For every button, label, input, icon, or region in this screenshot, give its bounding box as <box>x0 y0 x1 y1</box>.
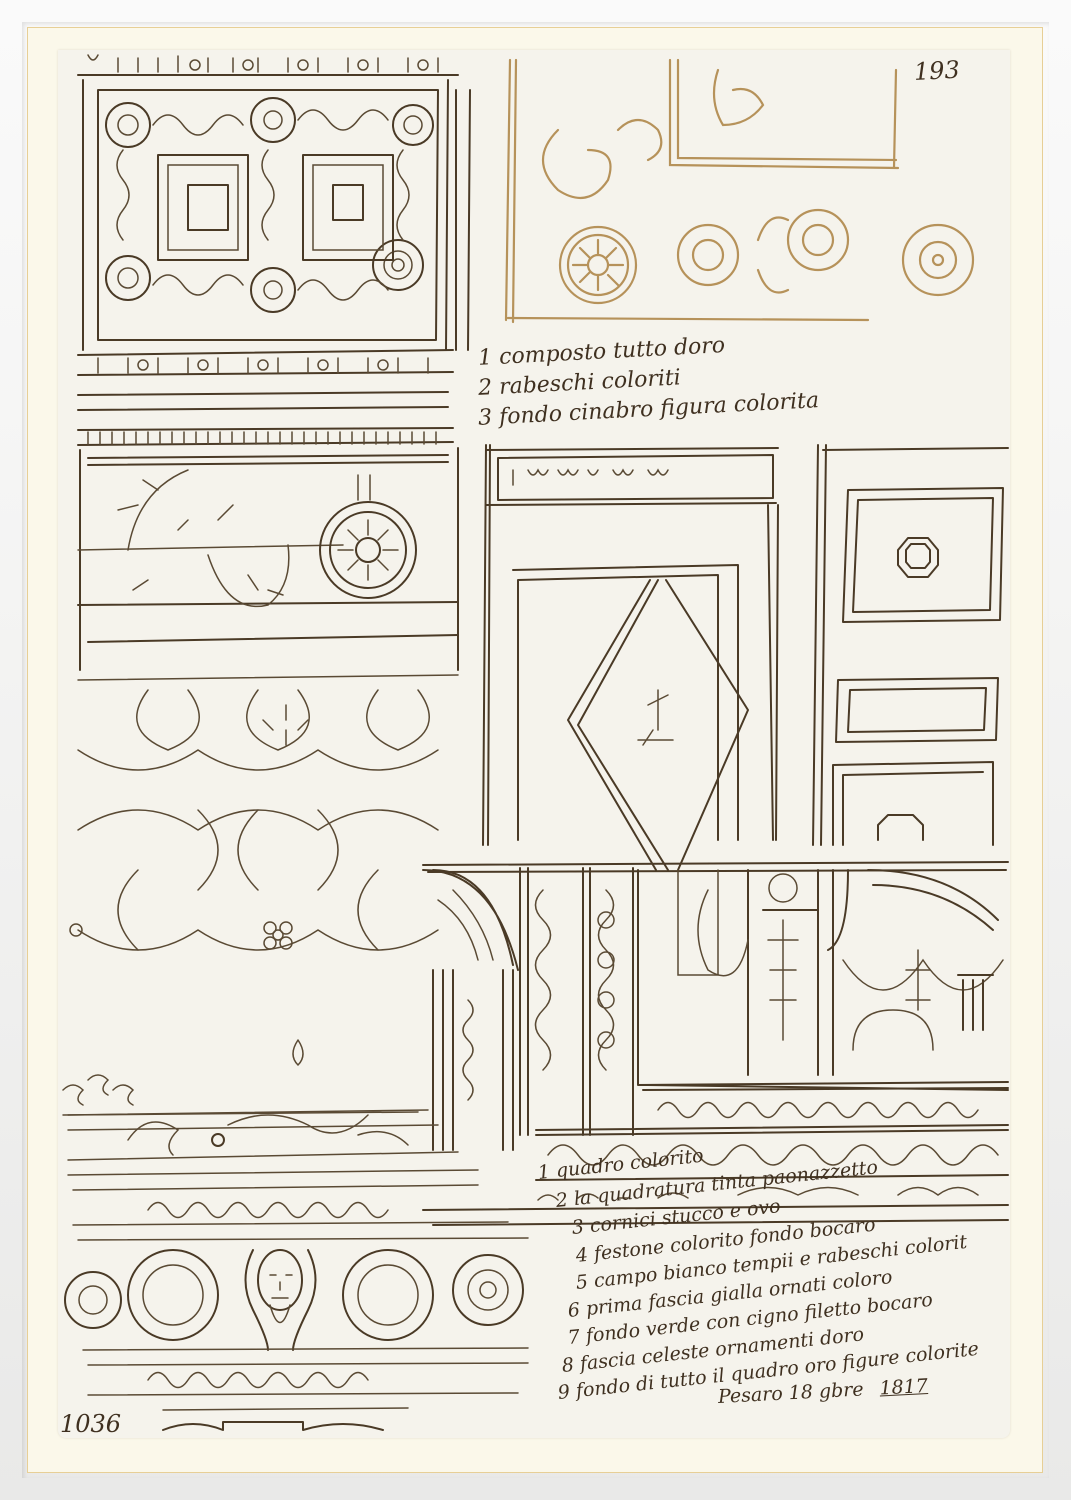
gilded-ornament-drawing <box>506 60 973 322</box>
legend-bottom: 1 quadro colorito 2 la quadratura tinta … <box>538 1160 981 1408</box>
door-panels-drawing <box>483 445 1008 870</box>
catalog-number: 1036 <box>60 1410 121 1438</box>
page-number: 193 <box>913 56 960 86</box>
picture-frame: 193 1 composto tutto doro 2 rabeschi col… <box>0 0 1071 1500</box>
legend-top: 1 composto tutto doro 2 rabeschi colorit… <box>478 335 819 425</box>
signature-year: 1817 <box>879 1375 928 1400</box>
interlace-pattern-drawing <box>63 675 458 1115</box>
sketchbook-page: 193 1 composto tutto doro 2 rabeschi col… <box>58 50 1010 1438</box>
floral-frieze-drawing <box>78 448 458 670</box>
grotesque-frieze-drawing <box>63 1112 528 1430</box>
ceiling-panel-drawing <box>78 55 470 445</box>
